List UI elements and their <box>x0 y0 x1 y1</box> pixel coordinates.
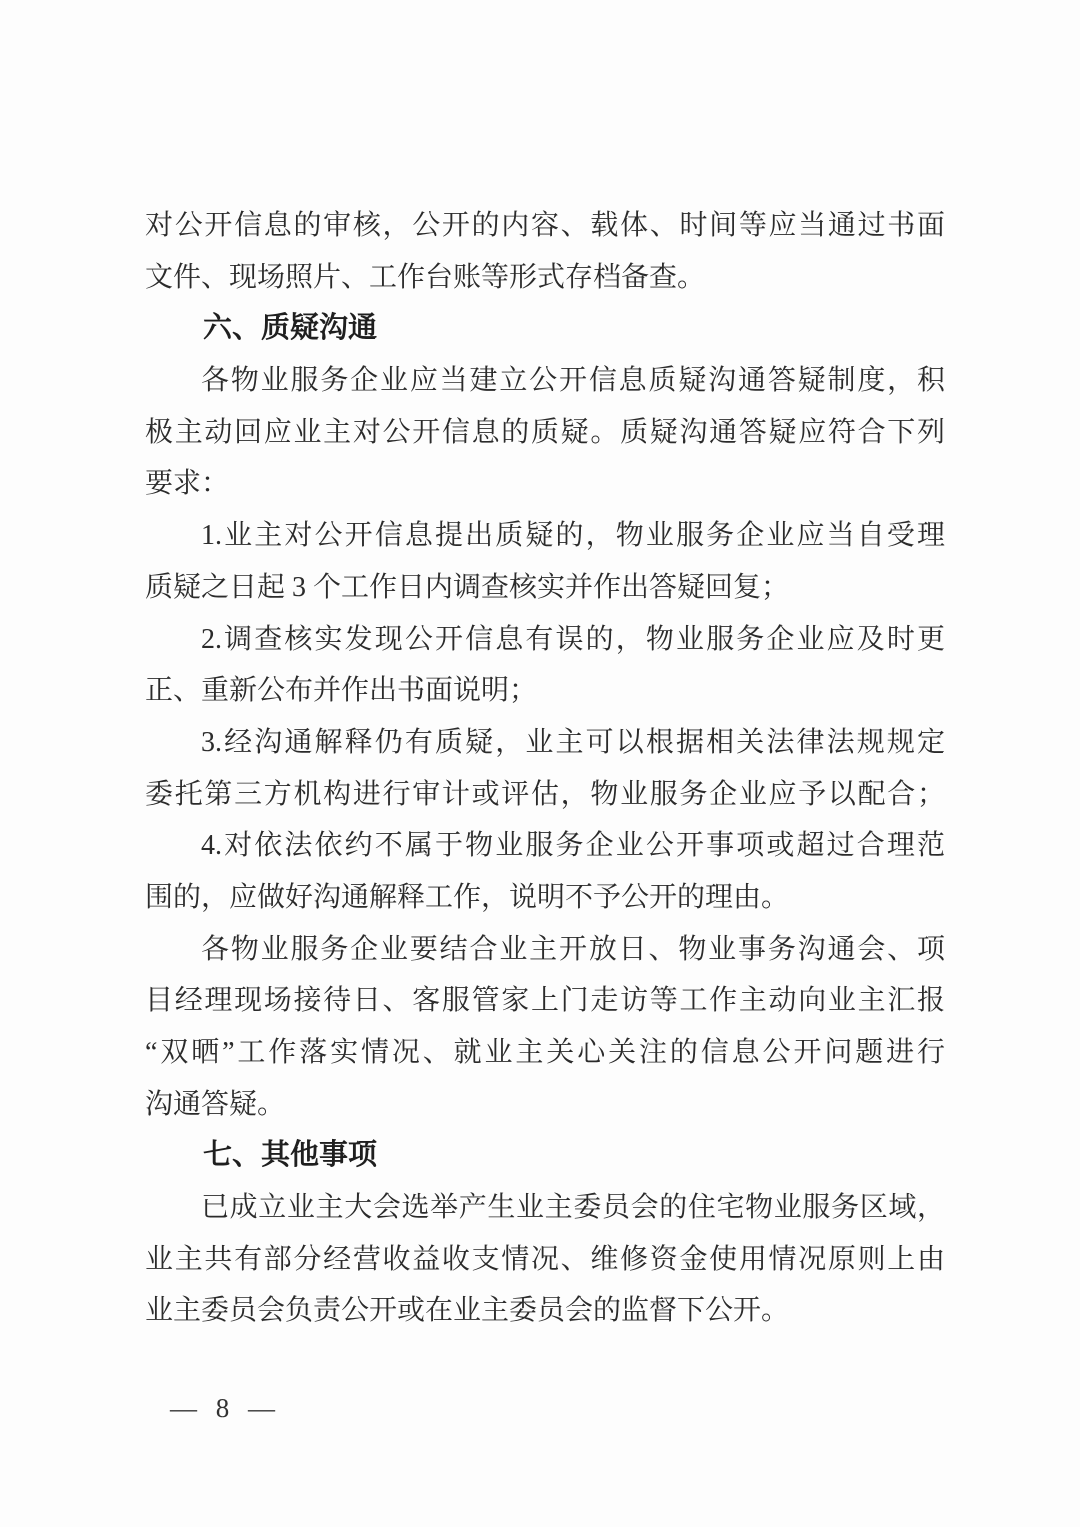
text-line: 已成立业主大会选举产生业主委员会的住宅物业服务区域， <box>145 1182 945 1234</box>
text-line: 要求： <box>145 458 945 510</box>
text-line: 业主委员会负责公开或在业主委员会的监督下公开。 <box>145 1285 945 1337</box>
heading-section-7: 七、其他事项 <box>145 1130 945 1182</box>
text-line: 委托第三方机构进行审计或评估，物业服务企业应予以配合； <box>145 769 945 821</box>
page-number: — 8 — <box>170 1391 281 1425</box>
text-line: 各物业服务企业应当建立公开信息质疑沟通答疑制度，积 <box>145 355 945 407</box>
text-line: 正、重新公布并作出书面说明； <box>145 665 945 717</box>
text-line: 目经理现场接待日、客服管家上门走访等工作主动向业主汇报 <box>145 975 945 1027</box>
text-line: 各物业服务企业要结合业主开放日、物业事务沟通会、项 <box>145 924 945 976</box>
list-item-3-line: 3.经沟通解释仍有质疑，业主可以根据相关法律法规规定 <box>145 717 945 769</box>
list-item-2-line: 2.调查核实发现公开信息有误的，物业服务企业应及时更 <box>145 614 945 666</box>
list-item-1-line: 1.业主对公开信息提出质疑的，物业服务企业应当自受理 <box>145 510 945 562</box>
text-line: “双晒”工作落实情况、就业主关心关注的信息公开问题进行 <box>145 1027 945 1079</box>
text-line: 沟通答疑。 <box>145 1079 945 1131</box>
text-line: 极主动回应业主对公开信息的质疑。质疑沟通答疑应符合下列 <box>145 407 945 459</box>
text-line: 对公开信息的审核，公开的内容、载体、时间等应当通过书面 <box>145 200 945 252</box>
text-line: 业主共有部分经营收益收支情况、维修资金使用情况原则上由 <box>145 1234 945 1286</box>
text-line: 围的，应做好沟通解释工作，说明不予公开的理由。 <box>145 872 945 924</box>
text-line: 文件、现场照片、工作台账等形式存档备查。 <box>145 252 945 304</box>
document-text-block: 对公开信息的审核，公开的内容、载体、时间等应当通过书面 文件、现场照片、工作台账… <box>145 200 945 1337</box>
text-line: 质疑之日起 3 个工作日内调查核实并作出答疑回复； <box>145 562 945 614</box>
heading-section-6: 六、质疑沟通 <box>145 303 945 355</box>
document-page: 对公开信息的审核，公开的内容、载体、时间等应当通过书面 文件、现场照片、工作台账… <box>0 0 1080 1527</box>
list-item-4-line: 4.对依法依约不属于物业服务企业公开事项或超过合理范 <box>145 820 945 872</box>
